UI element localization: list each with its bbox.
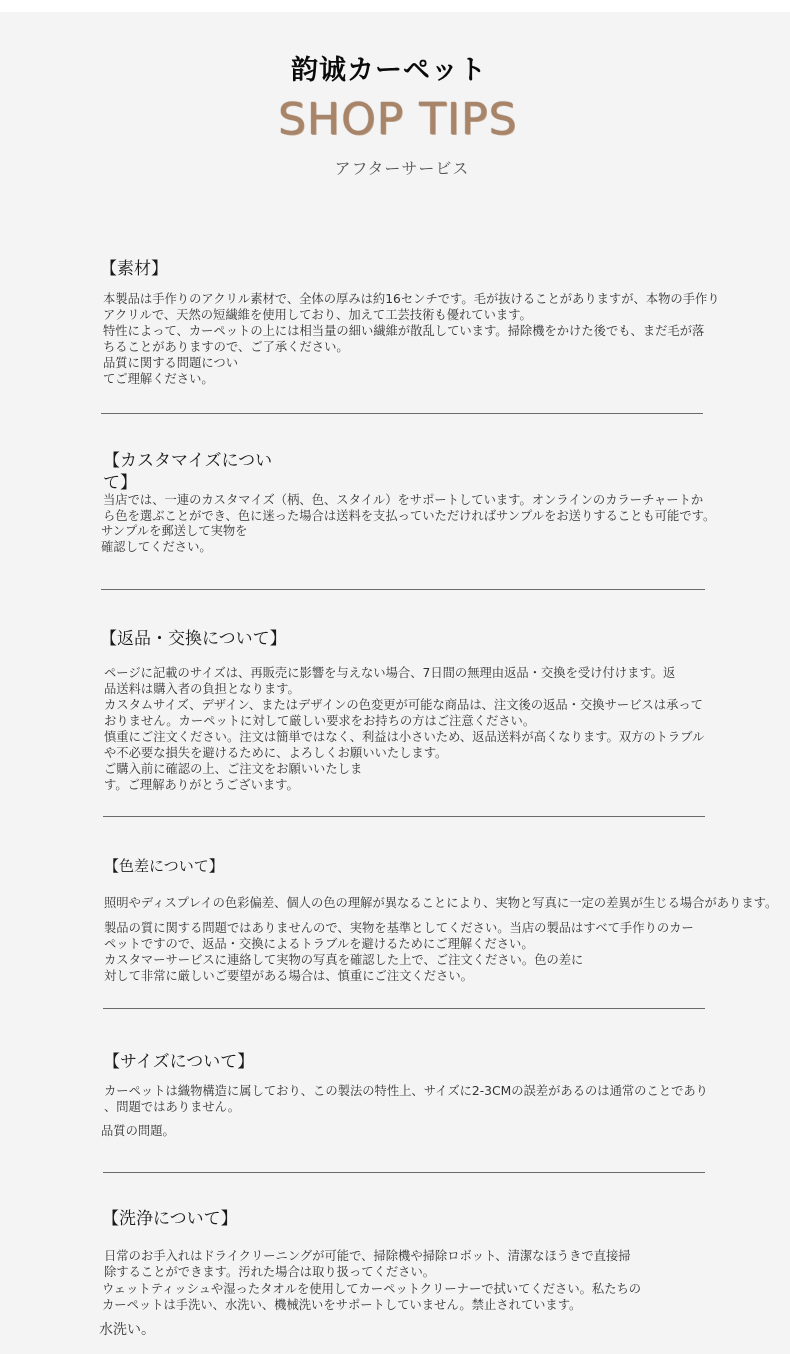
color-difference-paragraph: 製品の質に関する問題ではありませんので、実物を基準としてください。当店の製品はす… — [104, 920, 694, 984]
divider — [103, 1008, 705, 1009]
size-paragraph: カーペットは織物構造に属しており、この製法の特性上、サイズに2-3CMの誤差があ… — [104, 1083, 708, 1115]
divider — [101, 589, 705, 590]
customize-sample-note: サンプルを郵送して実物を 確認してください。 — [101, 523, 247, 555]
cleaning-paragraph: 日常のお手入れはドライクリーニングが可能で、掃除機や掃除ロボット、清潔なほうきで… — [104, 1248, 631, 1280]
page-subtitle: アフターサービス — [0, 156, 790, 179]
section-heading-returns: 【返品・交換について】 — [100, 628, 287, 650]
section-heading-size: 【サイズについて】 — [103, 1051, 254, 1073]
section-heading-material: 【素材】 — [100, 258, 168, 280]
size-quality-note: 品質の問題。 — [101, 1123, 175, 1139]
material-paragraph: 本製品は手作りのアクリル素材で、全体の厚みは約16センチです。毛が抜けることがあ… — [103, 291, 720, 355]
divider — [101, 413, 703, 414]
section-heading-customize: 【カスタマイズについ て】 — [103, 450, 272, 494]
color-difference-intro: 照明やディスプレイの色彩偏差、個人の色の理解が異なることにより、実物と写真に一定… — [104, 895, 777, 911]
material-quality-note: 品質に関する問題につい てご理解ください。 — [103, 355, 238, 387]
divider — [103, 816, 705, 817]
brand-title: 韵诚カーペット — [0, 48, 790, 87]
logo-text: SHOP TIPS — [278, 92, 514, 148]
section-heading-color-difference: 【色差について】 — [104, 855, 224, 877]
returns-paragraph: ページに記載のサイズは、再販売に影響を与えない場合、7日間の無理由返品・交換を受… — [104, 665, 704, 793]
shop-tips-logo: SHOP TIPS — [278, 92, 514, 148]
section-heading-cleaning: 【洗浄について】 — [102, 1208, 238, 1230]
cleaning-wet-note: ウェットティッシュや湿ったタオルを使用してカーペットクリーナーで拭いてください。… — [102, 1281, 641, 1313]
customize-paragraph: 当店では、一連のカスタマイズ（柄、色、スタイル）をサポートしています。オンライン… — [103, 492, 715, 524]
cleaning-water-note: 水洗い。 — [99, 1322, 155, 1338]
divider — [103, 1172, 705, 1173]
